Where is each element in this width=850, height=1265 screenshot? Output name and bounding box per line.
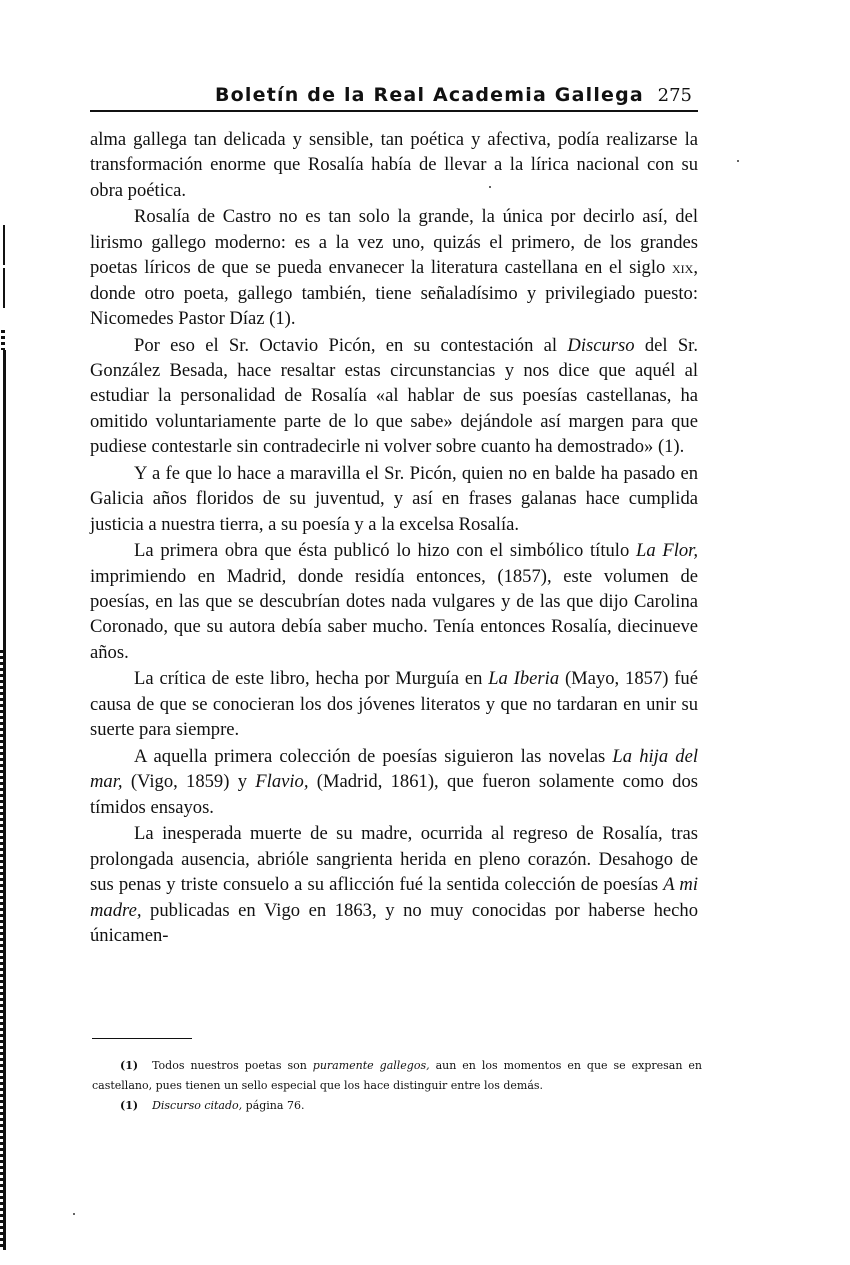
text-run: publicadas en Vigo en 1863, y no muy con… [90,900,698,946]
text-run: Por eso el Sr. Octavio Picón, en su cont… [134,335,567,356]
paragraph: La inesperada muerte de su madre, ocurri… [90,821,698,948]
text-run: La inesperada muerte de su madre, ocurri… [90,823,698,895]
text-run: (Vigo, 1859) y [123,771,256,792]
text-run: Rosalía de Castro no es tan solo la gran… [90,206,698,278]
text-run: imprimiendo en Madrid, donde residía ent… [90,566,698,663]
text-run: La crítica de este libro, hecha por Murg… [134,668,488,689]
text-run: La primera obra que ésta publicó lo hizo… [134,540,636,561]
running-header: Boletín de la Real Academia Gallega 275 [90,80,698,112]
article-body: alma gallega tan delicada y sensible, ta… [90,127,698,950]
italic-title: Discurso citado, [152,1099,242,1112]
footnote: (1)Discurso citado, página 76. [92,1096,702,1116]
italic-title: puramente gallegos, [313,1059,430,1072]
small-caps: xix [672,258,693,277]
italic-title: La Iberia [488,668,559,689]
paragraph: Y a fe que lo hace a maravilla el Sr. Pi… [90,461,698,537]
text-run: alma gallega tan delicada y sensible, ta… [90,129,698,201]
text-run: página 76. [242,1099,304,1112]
italic-title: Flavio, [255,771,308,792]
footnote-marker: (1) [120,1059,138,1072]
paragraph: A aquella primera colección de poesías s… [90,744,698,820]
footnote-marker: (1) [120,1099,138,1112]
footnotes: (1)Todos nuestros poetas son puramente g… [92,1056,702,1116]
scanned-binding-edge [0,0,10,1265]
journal-title: Boletín de la Real Academia Gallega [215,84,644,106]
footnote: (1)Todos nuestros poetas son puramente g… [92,1056,702,1096]
scan-speck [489,186,491,188]
text-run: Y a fe que lo hace a maravilla el Sr. Pi… [90,463,698,535]
italic-title: La Flor, [636,540,698,561]
scan-speck [737,160,739,162]
paragraph: La primera obra que ésta publicó lo hizo… [90,538,698,665]
paragraph: Rosalía de Castro no es tan solo la gran… [90,204,698,331]
paragraph: Por eso el Sr. Octavio Picón, en su cont… [90,333,698,460]
text-run: Todos nuestros poetas son [152,1059,313,1072]
page-number: 275 [658,85,692,106]
italic-title: Discurso [567,335,634,356]
scan-speck [73,1213,75,1215]
paragraph: La crítica de este libro, hecha por Murg… [90,666,698,742]
paragraph: alma gallega tan delicada y sensible, ta… [90,127,698,203]
text-run: A aquella primera colección de poesías s… [134,746,612,767]
footnote-separator [92,1038,192,1039]
